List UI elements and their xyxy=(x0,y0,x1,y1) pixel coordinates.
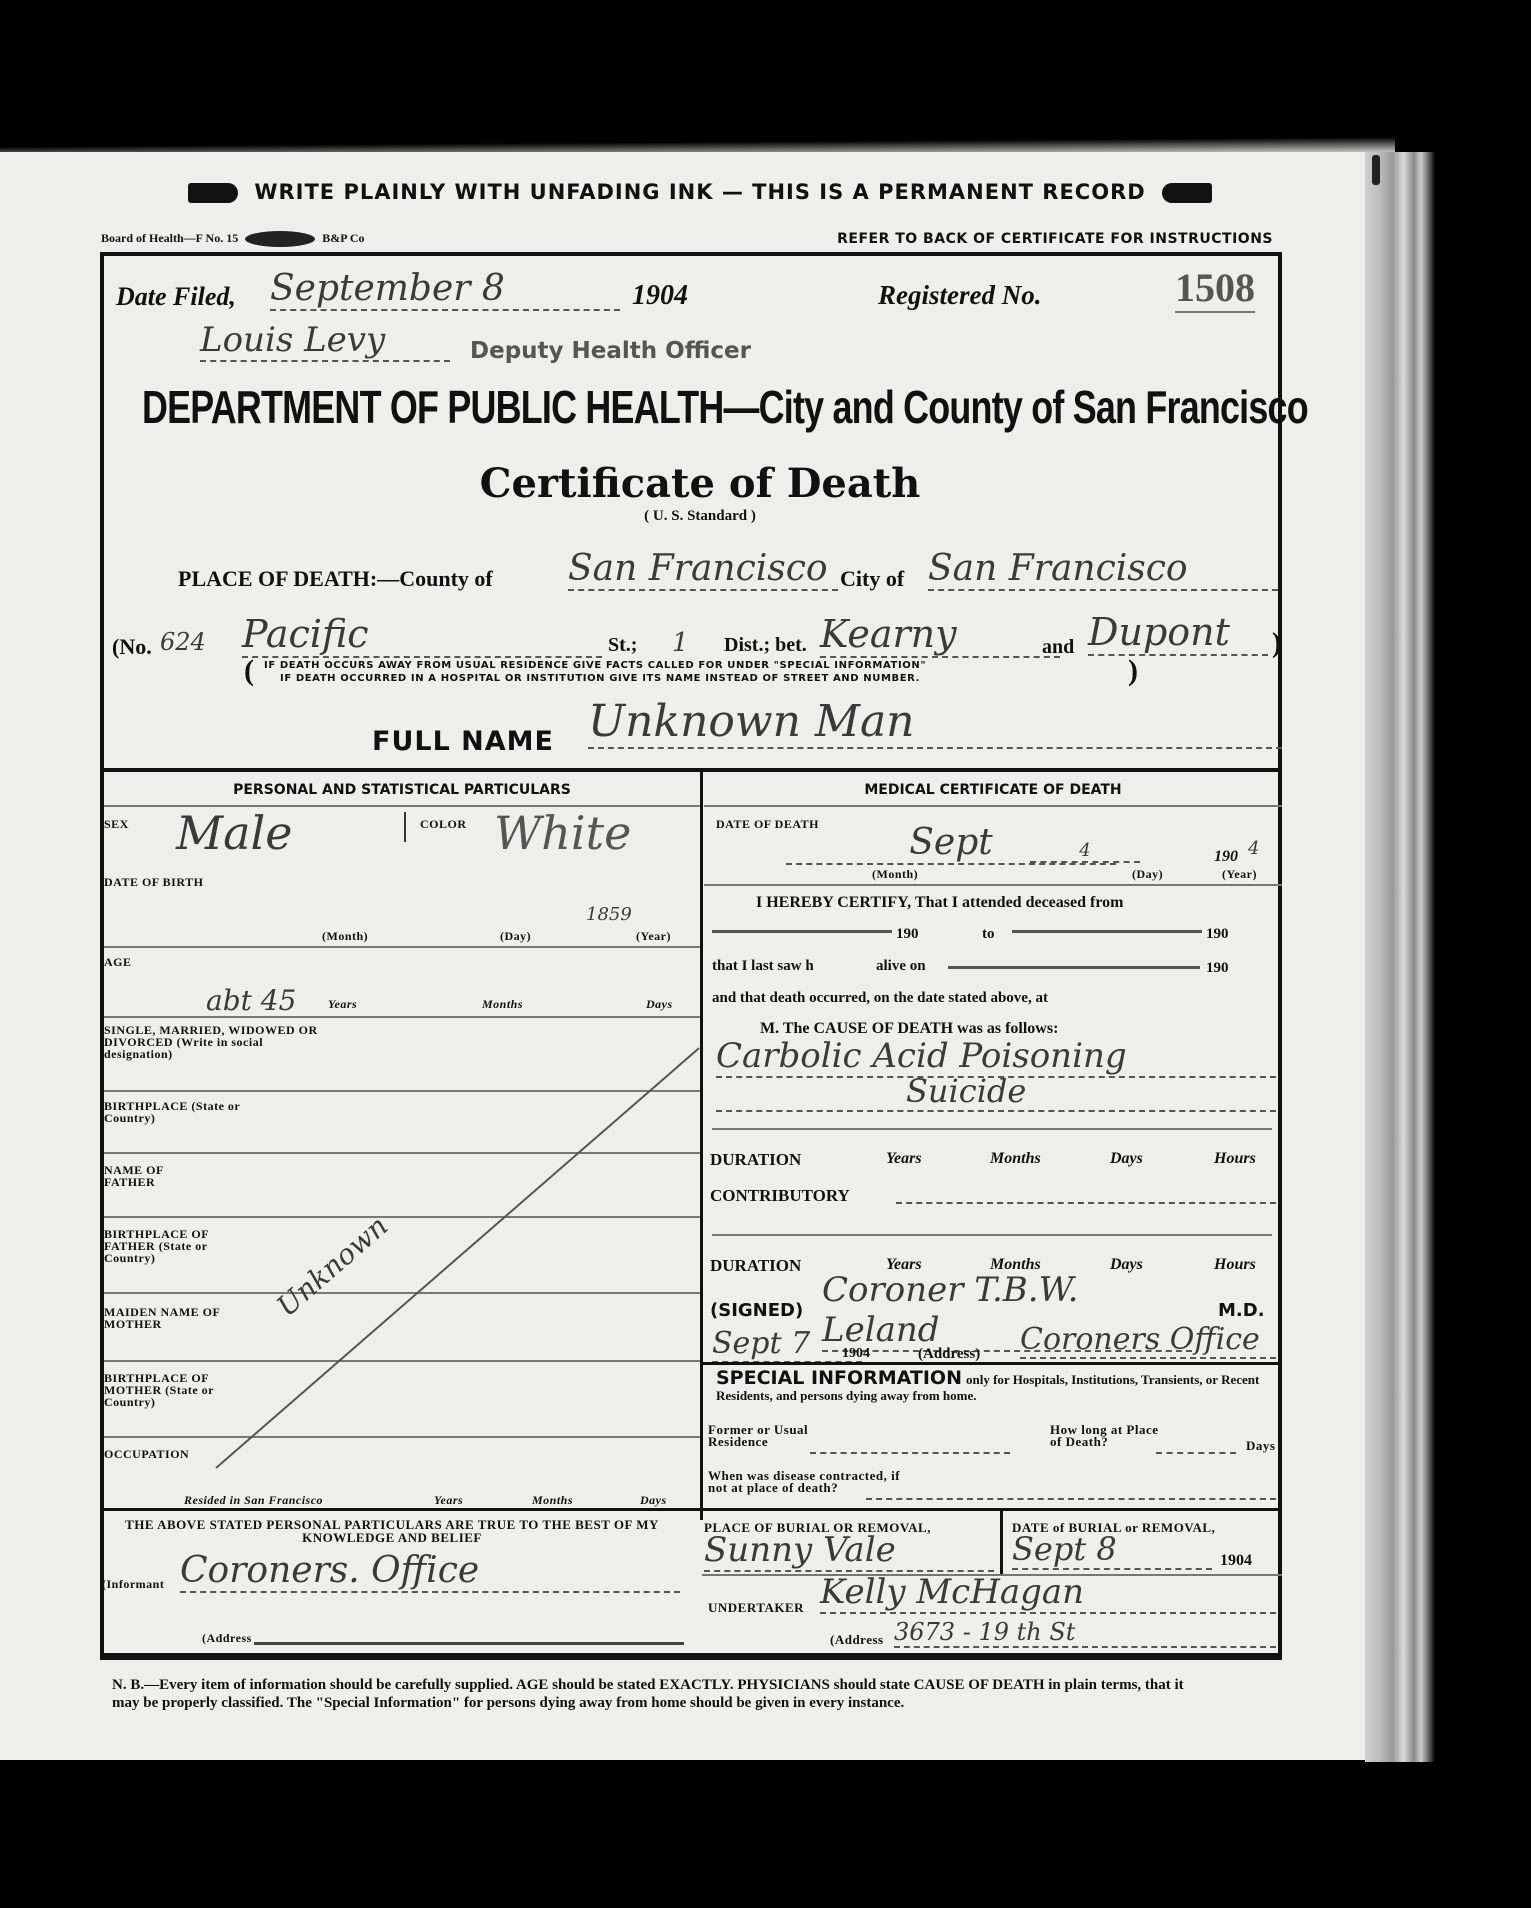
duration-label: DURATION xyxy=(710,1150,801,1170)
residence-note-1: IF DEATH OCCURS AWAY FROM USUAL RESIDENC… xyxy=(264,660,926,671)
officer-signature[interactable]: Louis Levy xyxy=(200,320,450,362)
age-days-label: Days xyxy=(646,998,673,1010)
duration-years: Years xyxy=(886,1150,922,1168)
district-field[interactable]: 1 xyxy=(672,628,689,658)
last-saw-text: that I last saw h xyxy=(712,958,814,975)
book-spine xyxy=(1365,152,1435,1762)
age-field[interactable]: abt 45 xyxy=(206,984,296,1017)
certificate-title: Certificate of Death xyxy=(0,460,1400,507)
registered-number[interactable]: 1508 xyxy=(1175,264,1255,313)
how-long-days-label: Days xyxy=(1246,1440,1275,1452)
informant-address-field[interactable] xyxy=(254,1630,684,1645)
medical-address-field[interactable]: Coroners Office xyxy=(1020,1322,1276,1359)
medical-address-label: (Address) xyxy=(918,1346,980,1363)
rule xyxy=(104,1152,700,1154)
special-info-heading: SPECIAL INFORMATION only for Hospitals, … xyxy=(716,1370,1276,1404)
certify-text: I HEREBY CERTIFY, That I attended deceas… xyxy=(756,894,1123,912)
close-paren: ) xyxy=(1272,628,1281,660)
close-paren-note: ) xyxy=(1128,654,1138,688)
alive-on-text: alive on xyxy=(876,958,926,975)
printer-seal-icon xyxy=(245,231,315,247)
sex-label: SEX xyxy=(104,818,129,830)
occurred-text: and that death occurred, on the date sta… xyxy=(712,990,1048,1007)
occupation-label: OCCUPATION xyxy=(104,1448,189,1460)
resided-label: Resided in San Francisco xyxy=(184,1494,323,1506)
refer-instructions: REFER TO BACK OF CERTIFICATE FOR INSTRUC… xyxy=(837,231,1273,247)
burial-place-field[interactable]: Sunny Vale xyxy=(704,1530,994,1572)
dod-day-field[interactable]: 4 xyxy=(1030,840,1140,863)
sex-field[interactable]: Male xyxy=(176,806,292,860)
rule xyxy=(712,1128,1272,1130)
md-label: M.D. xyxy=(1218,1300,1265,1321)
color-label: COLOR xyxy=(420,818,467,830)
residence-note-2: IF DEATH OCCURRED IN A HOSPITAL OR INSTI… xyxy=(280,673,920,684)
contributory-label: CONTRIBUTORY xyxy=(710,1186,850,1206)
age-label: AGE xyxy=(104,956,132,968)
undertaker-address-field[interactable]: 3673 - 19 th St xyxy=(894,1618,1276,1648)
rule xyxy=(104,1436,700,1438)
spine-mark xyxy=(1372,155,1380,185)
signed-date-field[interactable]: Sept 7 xyxy=(712,1326,862,1363)
banner-text: WRITE PLAINLY WITH UNFADING INK — THIS I… xyxy=(254,180,1145,204)
street-no-label: (No. xyxy=(112,634,152,660)
dob-year-label: (Year) xyxy=(636,930,671,942)
how-long-label: How long at Place of Death? xyxy=(1050,1424,1170,1448)
rule xyxy=(704,884,1282,886)
dod-year-field[interactable]: 4 xyxy=(1248,838,1259,859)
resided-years-label: Years xyxy=(434,1494,463,1506)
street-label: St.; xyxy=(608,634,637,657)
from-year-label: 190 xyxy=(896,926,919,943)
undertaker-label: UNDERTAKER xyxy=(708,1602,804,1614)
full-name-label: FULL NAME xyxy=(372,726,554,757)
street-number-field[interactable]: 624 xyxy=(160,628,206,656)
date-filed-year: 1904 xyxy=(632,280,688,312)
full-name-field[interactable]: Unknown Man xyxy=(588,696,1282,749)
informant-address-label: (Address xyxy=(202,1632,252,1644)
form-number: Board of Health—F No. 15 B&P Co xyxy=(101,231,365,247)
duration-hours: Hours xyxy=(1214,1150,1256,1168)
burial-date-field[interactable]: Sept 8 xyxy=(1012,1530,1212,1570)
banner: WRITE PLAINLY WITH UNFADING INK — THIS I… xyxy=(150,180,1250,204)
personal-heading: PERSONAL AND STATISTICAL PARTICULARS xyxy=(104,782,700,798)
attestation-text: THE ABOVE STATED PERSONAL PARTICULARS AR… xyxy=(102,1518,682,1544)
father-name-label: NAME OF FATHER xyxy=(104,1164,184,1188)
mother-birthplace-label: BIRTHPLACE OF MOTHER (State or Country) xyxy=(104,1372,254,1408)
alive-year-label: 190 xyxy=(1206,960,1229,977)
rule xyxy=(712,1234,1272,1236)
marital-label: SINGLE, MARRIED, WIDOWED OR DIVORCED (Wr… xyxy=(104,1024,334,1060)
open-paren: ( xyxy=(244,654,254,688)
place-of-death-label: PLACE OF DEATH:—County of xyxy=(178,566,493,592)
father-birthplace-label: BIRTHPLACE OF FATHER (State or Country) xyxy=(104,1228,254,1264)
informant-field[interactable]: Coroners. Office xyxy=(180,1550,680,1593)
rule xyxy=(704,805,1282,807)
between-street-2[interactable]: Dupont xyxy=(1088,610,1268,656)
pointing-hand-icon xyxy=(1162,183,1212,203)
rule xyxy=(702,1508,1282,1511)
and-label: and xyxy=(1042,636,1074,659)
resided-days-label: Days xyxy=(640,1494,667,1506)
registered-label: Registered No. xyxy=(878,280,1041,311)
pointing-hand-icon xyxy=(188,183,238,203)
attended-to-field[interactable] xyxy=(1012,920,1202,933)
attended-from-field[interactable] xyxy=(712,920,892,933)
officer-title: Deputy Health Officer xyxy=(470,338,751,364)
former-residence-label: Former or Usual Residence xyxy=(708,1424,818,1448)
alive-on-field[interactable] xyxy=(948,956,1200,969)
city-label: City of xyxy=(840,566,904,592)
rule xyxy=(100,1508,702,1511)
date-filed-label: Date Filed, xyxy=(116,282,236,312)
age-months-label: Months xyxy=(482,998,523,1010)
cause-secondary-field[interactable]: Suicide xyxy=(716,1072,1276,1112)
dob-label: DATE OF BIRTH xyxy=(104,876,203,888)
informant-label: (Informant xyxy=(102,1578,164,1590)
resided-months-label: Months xyxy=(532,1494,573,1506)
contracted-field[interactable] xyxy=(866,1488,1276,1500)
rule xyxy=(104,946,700,948)
divider xyxy=(100,768,1282,772)
rule xyxy=(104,1360,700,1362)
duration-2-label: DURATION xyxy=(710,1256,801,1276)
to-label: to xyxy=(982,926,995,943)
special-info-title: SPECIAL INFORMATION xyxy=(716,1367,962,1389)
footnote: N. B.—Every item of information should b… xyxy=(112,1676,1192,1712)
between-street-1[interactable]: Kearny xyxy=(820,612,1060,658)
column-divider xyxy=(700,770,703,1520)
burial-year: 1904 xyxy=(1220,1552,1252,1570)
city-field[interactable]: San Francisco xyxy=(928,548,1278,591)
district-label: Dist.; bet. xyxy=(724,634,807,657)
signed-label: (SIGNED) xyxy=(710,1300,803,1321)
rule xyxy=(104,1016,700,1018)
dob-month-label: (Month) xyxy=(322,930,368,942)
county-field[interactable]: San Francisco xyxy=(568,548,838,591)
how-long-field[interactable] xyxy=(1156,1440,1236,1454)
birthplace-label: BIRTHPLACE (State or Country) xyxy=(104,1100,254,1124)
rule xyxy=(702,1362,1282,1365)
age-years-label: Years xyxy=(328,998,357,1010)
dod-month-label: (Month) xyxy=(872,868,918,880)
sex-color-divider xyxy=(404,812,406,842)
rule xyxy=(104,1216,700,1218)
rule xyxy=(104,1090,700,1092)
dob-year-field[interactable]: 1859 xyxy=(586,904,632,925)
duration-months: Months xyxy=(990,1150,1041,1168)
dod-year-label: (Year) xyxy=(1222,868,1257,880)
duration-2-hours: Hours xyxy=(1214,1256,1256,1274)
form-number-text: Board of Health—F No. 15 xyxy=(101,231,238,245)
dod-day-label: (Day) xyxy=(1132,868,1163,880)
undertaker-address-label: (Address xyxy=(830,1634,884,1646)
to-year-label: 190 xyxy=(1206,926,1229,943)
date-filed-field[interactable]: September 8 xyxy=(270,268,620,311)
printer-name: B&P Co xyxy=(322,231,364,245)
street-name-field[interactable]: Pacific xyxy=(242,612,602,658)
dod-year-prefix: 190 xyxy=(1214,848,1238,866)
duration-days: Days xyxy=(1110,1150,1143,1168)
certificate-standard: ( U. S. Standard ) xyxy=(0,508,1400,525)
dob-day-label: (Day) xyxy=(500,930,531,942)
undertaker-field[interactable]: Kelly McHagan xyxy=(820,1572,1276,1614)
medical-heading: MEDICAL CERTIFICATE OF DEATH xyxy=(704,782,1282,798)
signed-year: 1904 xyxy=(842,1346,870,1362)
burial-divider xyxy=(1000,1508,1003,1574)
contributory-field[interactable] xyxy=(896,1190,1276,1204)
rule xyxy=(104,1292,700,1294)
department-title: DEPARTMENT OF PUBLIC HEALTH—City and Cou… xyxy=(142,380,1308,434)
color-field[interactable]: White xyxy=(494,806,631,860)
mother-name-label: MAIDEN NAME OF MOTHER xyxy=(104,1306,244,1330)
former-residence-field[interactable] xyxy=(810,1440,1010,1454)
